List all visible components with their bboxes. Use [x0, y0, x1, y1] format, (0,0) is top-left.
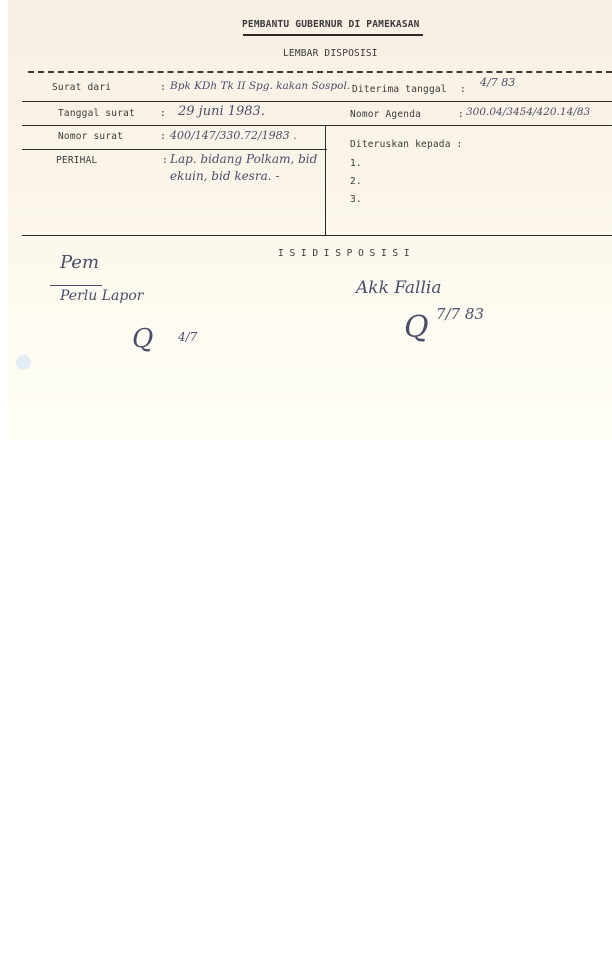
row-divider-2 [22, 125, 612, 126]
paraf-right: Q [404, 310, 429, 345]
diteruskan-item-1: 1. [350, 158, 362, 169]
isi-disposisi-heading: I S I D I S P O S I S I [278, 248, 410, 259]
sheet-subheader: LEMBAR DISPOSISI [283, 48, 378, 59]
perihal-separator: : [162, 155, 168, 166]
perihal-value-line2: ekuin, bid kesra. - [170, 169, 279, 183]
disposition-note-right: Akk Fallia [356, 278, 442, 298]
surat-dari-separator: : [160, 82, 166, 93]
header-underline [243, 34, 423, 36]
diteruskan-kepada-label: Diteruskan kepada : [350, 139, 462, 150]
paraf-left-date: 4/7 [178, 330, 197, 344]
diterima-tanggal-label: Diterima tanggal [352, 84, 447, 95]
row-divider-1 [22, 101, 612, 102]
nomor-surat-value: 400/147/330.72/1983 . [170, 129, 297, 142]
nomor-agenda-separator: : [458, 109, 464, 120]
scanned-disposition-sheet [8, 0, 612, 440]
diterima-tanggal-separator: : [460, 84, 466, 95]
note-underline [50, 285, 102, 286]
paraf-left: Q [132, 324, 153, 354]
tanggal-surat-value: 29 juni 1983. [178, 104, 265, 119]
nomor-agenda-value: 300.04/3454/420.14/83 [466, 106, 590, 118]
diterima-tanggal-value: 4/7 83 [480, 76, 515, 89]
nomor-surat-separator: : [160, 131, 166, 142]
disposition-note-left-line1: Pem [60, 252, 99, 273]
disposition-note-left-line2: Perlu Lapor [60, 288, 143, 304]
punch-hole [16, 355, 31, 370]
diteruskan-item-2: 2. [350, 176, 362, 187]
tanggal-surat-label: Tanggal surat [58, 108, 135, 119]
perihal-value-line1: Lap. bidang Polkam, bid [170, 152, 317, 166]
row-divider-3 [22, 149, 327, 150]
surat-dari-label: Surat dari [52, 82, 111, 93]
column-divider [325, 125, 326, 235]
table-bottom-border [22, 235, 612, 236]
paraf-right-date: 7/7 83 [436, 305, 484, 323]
perihal-label: PERIHAL [56, 155, 97, 166]
nomor-surat-label: Nomor surat [58, 131, 123, 142]
surat-dari-value: Bpk KDh Tk II Spg. kakan Sospol. [170, 80, 350, 92]
header-title: PEMBANTU GUBERNUR DI PAMEKASAN [242, 19, 420, 30]
tanggal-surat-separator: : [160, 108, 166, 119]
table-top-border [28, 71, 612, 73]
nomor-agenda-label: Nomor Agenda [350, 109, 421, 120]
diteruskan-item-3: 3. [350, 194, 362, 205]
